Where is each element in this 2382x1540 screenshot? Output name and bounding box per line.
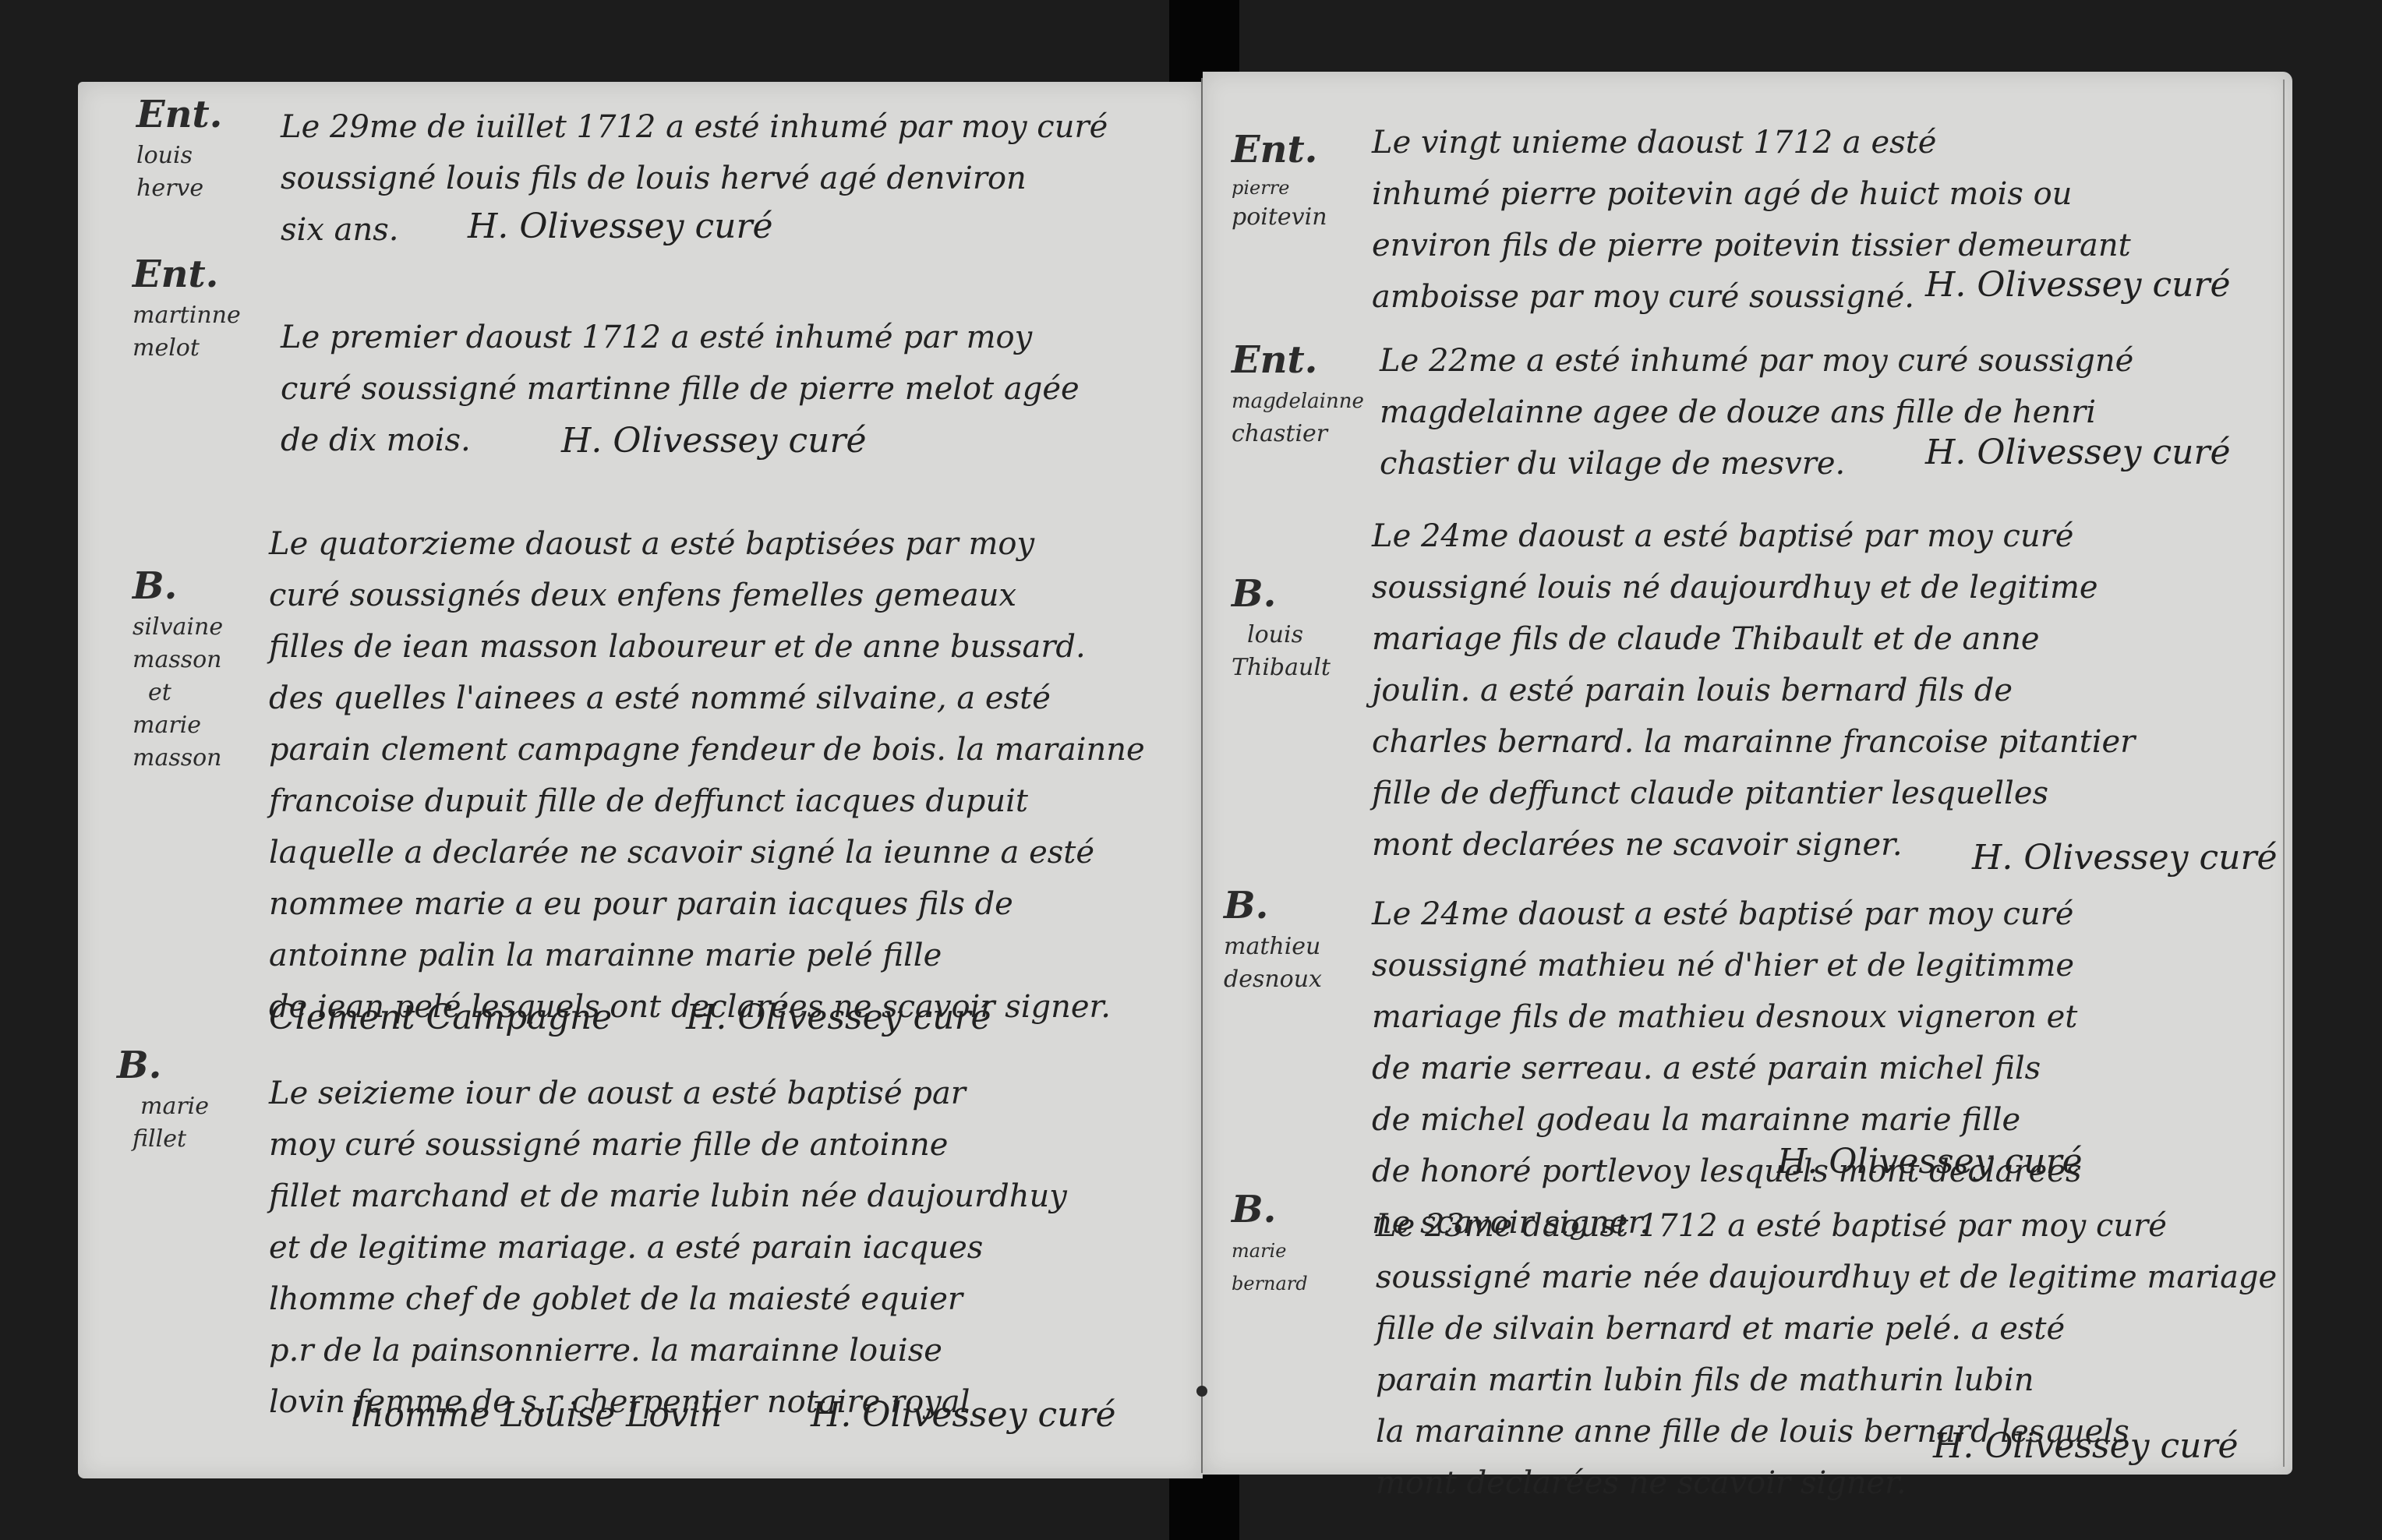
margin-note: B. marie fillet [117,1040,209,1156]
entry-type-code: Ent. [133,249,241,299]
margin-name: chastier [1232,418,1364,450]
priest-signature: H. Olivessey curé [1777,1142,2083,1181]
text-line: curé soussignés deux enfens femelles gem… [269,570,1145,621]
entry-text: Le 24me daoust a esté baptisé par moy cu… [1372,510,2135,871]
text-line: Le 24me daoust a esté baptisé par moy cu… [1372,510,2135,562]
text-line: charles bernard. la marainne francoise p… [1372,716,2135,768]
text-line: inhumé pierre poitevin agé de huict mois… [1372,168,2131,220]
text-line: Le quatorzieme daoust a esté baptisées p… [269,518,1145,570]
margin-name: silvaine [133,611,223,644]
priest-signature: H. Olivessey curé [561,421,867,461]
margin-name: marie [1232,1234,1308,1267]
text-line: lhomme chef de goblet de la maiesté equi… [269,1273,1067,1325]
margin-name: marie [133,709,223,742]
priest-signature: H. Olivessey curé [468,207,773,246]
margin-name: pierre [1232,175,1327,201]
priest-signature: H. Olivessey curé [811,1395,1116,1435]
priest-signature: H. Olivessey curé [686,998,991,1037]
margin-name: fillet [117,1123,209,1156]
margin-name: et [133,676,223,709]
text-line: soussigné marie née daujourdhuy et de le… [1376,1252,2277,1303]
text-line: fille de deffunct claude pitantier lesqu… [1372,768,2135,819]
text-line: et de legitime mariage. a esté parain ia… [269,1222,1067,1273]
priest-signature: H. Olivessey curé [1925,265,2231,305]
priest-signature: H. Olivessey curé [1933,1426,2239,1466]
priest-signature: H. Olivessey curé [1925,433,2231,472]
entry-type-code: B. [133,561,223,611]
margin-note: B. louis Thibault [1232,569,1331,684]
margin-note: Ent. pierre poitevin [1232,125,1327,234]
text-line: soussigné mathieu né d'hier et de legiti… [1372,940,2081,991]
text-line: fille de silvain bernard et marie pelé. … [1376,1303,2277,1355]
margin-name: bernard [1232,1267,1308,1300]
text-line: Le seizieme iour de aoust a esté baptisé… [269,1068,1067,1119]
entry-type-code: B. [1232,569,1331,619]
margin-name: masson [133,644,223,676]
text-line: magdelainne agee de douze ans fille de h… [1380,387,2133,438]
text-line: curé soussigné martinne fille de pierre … [281,363,1080,415]
text-line: parain martin lubin fils de mathurin lub… [1376,1355,2277,1406]
text-line: Le 23me daoust 1712 a esté baptisé par m… [1376,1200,2277,1252]
text-line: des quelles l'ainees a esté nommé silvai… [269,673,1145,724]
margin-name: Thibault [1232,652,1331,684]
margin-name: louis [1232,619,1331,652]
margin-note: B. mathieu desnoux [1224,881,1322,996]
entry-type-code: Ent. [1232,125,1327,175]
text-line: filles de iean masson laboureur et de an… [269,621,1145,673]
text-line: soussigné louis né daujourdhuy et de leg… [1372,562,2135,613]
text-line: antoinne palin la marainne marie pelé fi… [269,930,1145,981]
text-line: mariage fils de claude Thibault et de an… [1372,613,2135,665]
binding-stitch [1196,1386,1207,1397]
text-line: parain clement campagne fendeur de bois.… [269,724,1145,775]
margin-note: Ent. martinne melot [133,249,241,365]
text-line: nommee marie a eu pour parain iacques fi… [269,878,1145,930]
entry-text: Le quatorzieme daoust a esté baptisées p… [269,518,1145,1033]
margin-name: mathieu [1224,931,1322,963]
text-line: fillet marchand et de marie lubin née da… [269,1171,1067,1222]
entry-type-code: B. [117,1040,209,1090]
margin-name: melot [133,332,241,365]
text-line: soussigné louis fils de louis hervé agé … [281,153,1108,204]
text-line: Le 24me daoust a esté baptisé par moy cu… [1372,888,2081,940]
margin-note: Ent. magdelainne chastier [1232,335,1364,450]
margin-note: B. silvaine masson et marie masson [133,561,223,775]
margin-name: desnoux [1224,963,1322,996]
margin-name: martinne [133,299,241,332]
text-line: laquelle a declarée ne scavoir signé la … [269,827,1145,878]
text-line: joulin. a esté parain louis bernard fils… [1372,665,2135,716]
entry-type-code: Ent. [1232,335,1364,385]
margin-name: masson [133,742,223,775]
text-line: francoise dupuit fille de deffunct iacqu… [269,775,1145,827]
text-line: Le 22me a esté inhumé par moy curé souss… [1380,335,2133,387]
text-line: environ fils de pierre poitevin tissier … [1372,220,2131,271]
margin-name: marie [117,1090,209,1123]
margin-name: magdelainne [1232,385,1364,418]
text-line: Le vingt unieme daoust 1712 a esté [1372,117,2131,168]
text-line: Le 29me de iuillet 1712 a esté inhumé pa… [281,101,1108,153]
text-line: mariage fils de mathieu desnoux vigneron… [1372,991,2081,1043]
text-line: de marie serreau. a esté parain michel f… [1372,1043,2081,1094]
text-line: moy curé soussigné marie fille de antoin… [269,1119,1067,1171]
page-gutter [1201,78,1203,1473]
text-line: de michel godeau la marainne marie fille [1372,1094,2081,1146]
witness-signature: Clement Campagne [269,998,612,1037]
entry-text: Le seizieme iour de aoust a esté baptisé… [269,1068,1067,1428]
entry-type-code: B. [1224,881,1322,931]
entry-type-code: B. [1232,1185,1308,1234]
margin-name: louis [136,140,222,172]
margin-note: Ent. louis herve [136,90,222,205]
margin-name: herve [136,172,222,205]
margin-name: poitevin [1232,201,1327,234]
priest-signature: H. Olivessey curé [1972,838,2278,878]
entry-text: Le 24me daoust a esté baptisé par moy cu… [1372,888,2081,1249]
witness-signature: lhomme Louise Lovin [351,1395,722,1435]
text-line: Le premier daoust 1712 a esté inhumé par… [281,312,1080,363]
margin-note: B. marie bernard [1232,1185,1308,1300]
text-line: p.r de la painsonnierre. la marainne lou… [269,1325,1067,1376]
entry-type-code: Ent. [136,90,222,140]
